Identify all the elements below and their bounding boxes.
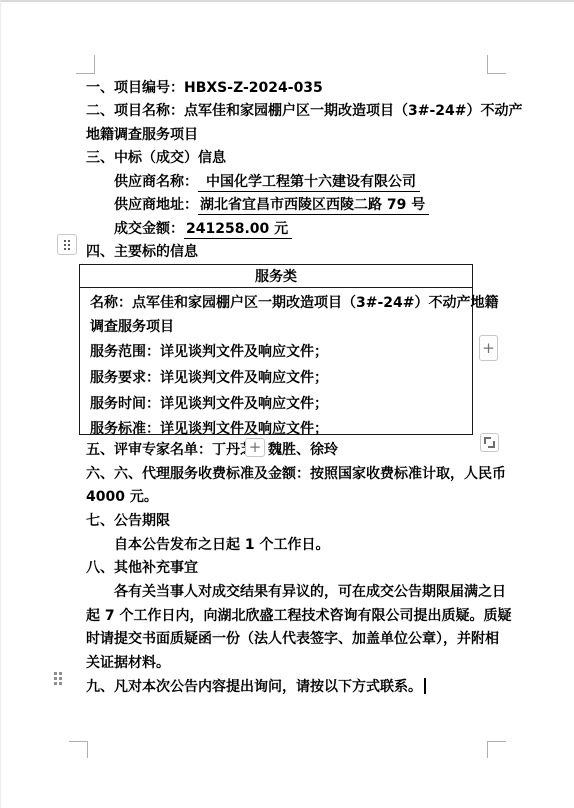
doc-line-project-number: 一、项目编号：HBXS-Z-2024-035 xyxy=(86,78,323,98)
supplier-address-label: 供应商地址： xyxy=(114,197,198,213)
table-header-divider xyxy=(80,287,472,288)
table-cell-name: 名称：点军佳和家园棚户区一期改造项目（3#-24#）不动产地籍 xyxy=(90,293,499,313)
table-cell-service-time: 服务时间：详见谈判文件及响应文件； xyxy=(90,394,328,414)
doc-line-objection-1: 各有关当事人对成交结果有异议的，可在成交公告期限届满之日 xyxy=(114,582,506,602)
inline-insert-button[interactable]: + xyxy=(245,438,265,457)
supplier-name-value: 中国化学工程第十六建设有限公司 xyxy=(198,174,420,192)
document-page: 一、项目编号：HBXS-Z-2024-035 二、项目名称：点军佳和家园棚户区一… xyxy=(0,0,574,808)
service-table[interactable]: 服务类 名称：点军佳和家园棚户区一期改造项目（3#-24#）不动产地籍 调查服务… xyxy=(79,264,473,435)
table-header-service-class: 服务类 xyxy=(80,267,472,287)
table-move-handle[interactable] xyxy=(57,234,77,255)
drag-dots-icon xyxy=(64,240,70,250)
experts-prefix: 五、评审专家名单：丁丹芝、 xyxy=(86,442,268,458)
doc-line-other-matters-heading: 八、其他补充事宜 xyxy=(86,558,198,578)
contact-text: 九、凡对本次公告内容提出询问，请按以下方式联系。 xyxy=(86,679,422,695)
award-amount-label: 成交金额： xyxy=(114,221,184,237)
doc-line-supplier-address: 供应商地址：湖北省宜昌市西陵区西陵二路 79 号 xyxy=(114,195,429,215)
doc-line-experts: 五、评审专家名单：丁丹芝、魏胜、徐玲 xyxy=(86,440,338,460)
crop-mark-bottom-left-icon xyxy=(69,741,88,758)
crop-mark-top-right-icon xyxy=(487,55,506,74)
drag-dots-icon xyxy=(54,672,57,675)
doc-line-announcement-period: 自本公告发布之日起 1 个工作日。 xyxy=(114,535,330,555)
award-amount-value: 241258.00 元 xyxy=(184,221,292,239)
doc-line-objection-3: 时请提交书面质疑函一份（法人代表签字、加盖单位公章），并附相 xyxy=(86,629,499,649)
doc-line-agency-fee: 六、六、代理服务收费标准及金额：按照国家收费标准计取，人民币 xyxy=(86,464,506,484)
doc-line-supplier-name: 供应商名称：中国化学工程第十六建设有限公司 xyxy=(114,172,420,192)
doc-line-objection-2: 起 7 个工作日内，向湖北欣盛工程技术咨询有限公司提出质疑。质疑 xyxy=(86,606,512,626)
table-cell-service-requirement: 服务要求：详见谈判文件及响应文件； xyxy=(90,368,328,388)
doc-line-project-name: 二、项目名称：点军佳和家园棚户区一期改造项目（3#-24#）不动产 xyxy=(86,101,523,121)
table-cell-name-wrap: 调查服务项目 xyxy=(90,317,174,337)
resize-corners-icon xyxy=(484,437,495,448)
supplier-name-label: 供应商名称： xyxy=(114,174,198,190)
supplier-address-value: 湖北省宜昌市西陵区西陵二路 79 号 xyxy=(198,197,429,215)
doc-line-award-info-heading: 三、中标（成交）信息 xyxy=(86,148,226,168)
doc-line-award-amount: 成交金额：241258.00 元 xyxy=(114,219,292,239)
doc-line-contact: 九、凡对本次公告内容提出询问，请按以下方式联系。 xyxy=(86,677,426,697)
table-cell-service-standard: 服务标准：详见谈判文件及响应文件； xyxy=(90,419,328,439)
text-cursor xyxy=(424,678,426,694)
experts-suffix: 胜、徐玲 xyxy=(282,442,338,458)
doc-line-project-name-wrap: 地籍调查服务项目 xyxy=(86,125,198,145)
doc-line-agency-fee-wrap: 4000 元。 xyxy=(86,487,158,507)
table-resize-button[interactable] xyxy=(480,433,499,452)
doc-line-objection-4: 关证据材料。 xyxy=(86,653,170,673)
crop-mark-top-left-icon xyxy=(76,55,95,74)
table-cell-service-scope: 服务范围：详见谈判文件及响应文件； xyxy=(90,342,328,362)
crop-mark-bottom-right-icon xyxy=(487,741,506,758)
paragraph-drag-handle[interactable] xyxy=(54,672,62,685)
table-insert-row-button[interactable]: + xyxy=(479,335,498,361)
experts-obscured-char: 魏 xyxy=(268,442,282,458)
doc-line-announcement-period-heading: 七、公告期限 xyxy=(86,511,170,531)
doc-line-main-subject-heading: 四、主要标的信息 xyxy=(86,242,198,262)
